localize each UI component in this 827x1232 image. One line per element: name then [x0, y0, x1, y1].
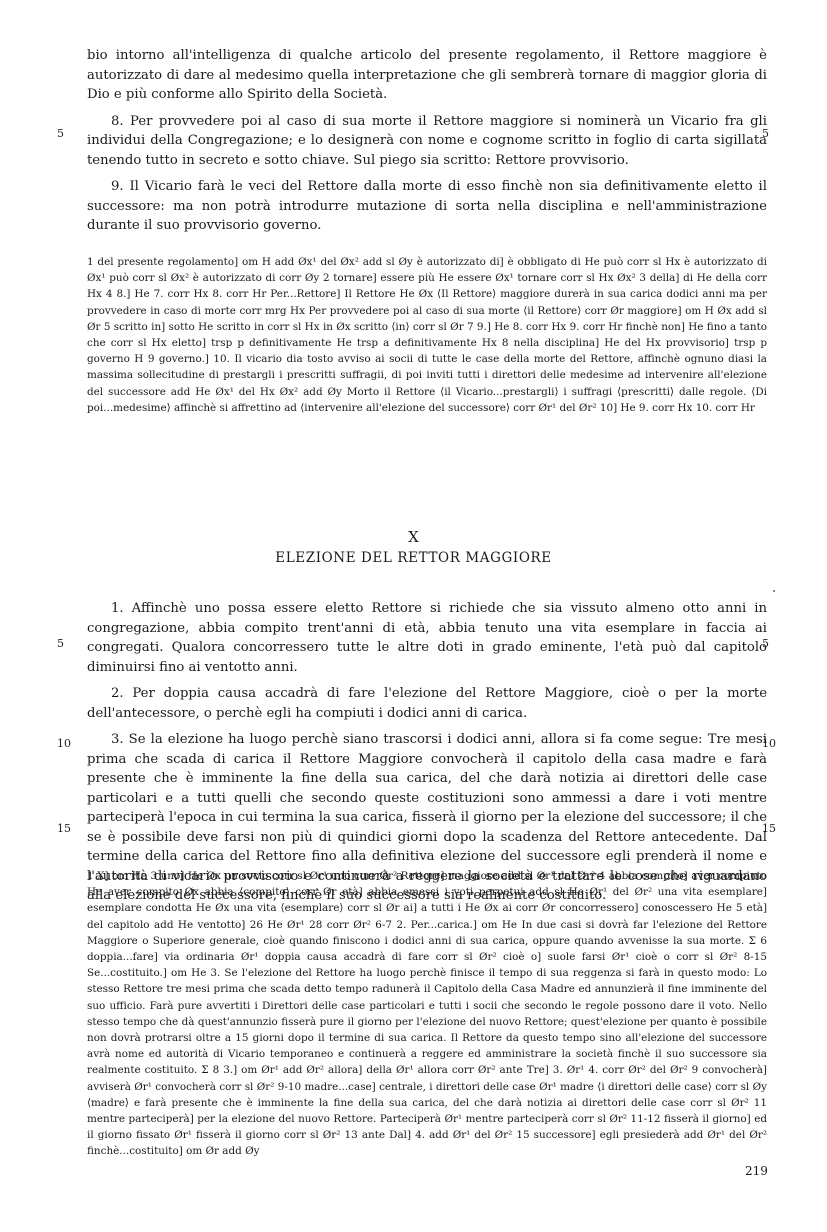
line-number: 10	[762, 737, 776, 750]
paragraph-9: 9. Il Vicario farà le veci del Rettore d…	[87, 177, 767, 236]
chapter-number: X	[0, 528, 827, 546]
main-text-top: bio intorno all'intelligenza di qualche …	[87, 46, 767, 236]
paragraph-8: 8. Per provvedere poi al caso di sua mor…	[87, 112, 767, 171]
line-number: 5	[762, 637, 769, 650]
main-text-chapter: 1. Affinchè uno possa essere eletto Rett…	[87, 599, 767, 906]
page-number: 219	[745, 1164, 768, 1178]
critical-apparatus-top: 1 del presente regolamento] om H add Øx¹…	[87, 254, 767, 416]
paragraph-continuation: bio intorno all'intelligenza di qualche …	[87, 46, 767, 105]
critical-apparatus-bottom: 1 X] om He 3 uno] He Øx un socio corr sl…	[87, 868, 767, 1160]
apparatus-text: 1 del presente regolamento] om H add Øx¹…	[87, 254, 767, 416]
print-speck	[773, 590, 775, 592]
book-page: bio intorno all'intelligenza di qualche …	[0, 0, 827, 1232]
line-number: 15	[762, 822, 776, 835]
paragraph-2: 2. Per doppia causa accadrà di fare l'el…	[87, 684, 767, 723]
line-number: 10	[57, 737, 71, 750]
line-number: 5	[762, 127, 769, 140]
line-number: 5	[57, 637, 64, 650]
line-number: 15	[57, 822, 71, 835]
chapter-title: ELEZIONE DEL RETTOR MAGGIORE	[0, 550, 827, 566]
apparatus-text: 1 X] om He 3 uno] He Øx un socio corr sl…	[87, 868, 767, 1160]
line-number: 5	[57, 127, 64, 140]
paragraph-1: 1. Affinchè uno possa essere eletto Rett…	[87, 599, 767, 677]
